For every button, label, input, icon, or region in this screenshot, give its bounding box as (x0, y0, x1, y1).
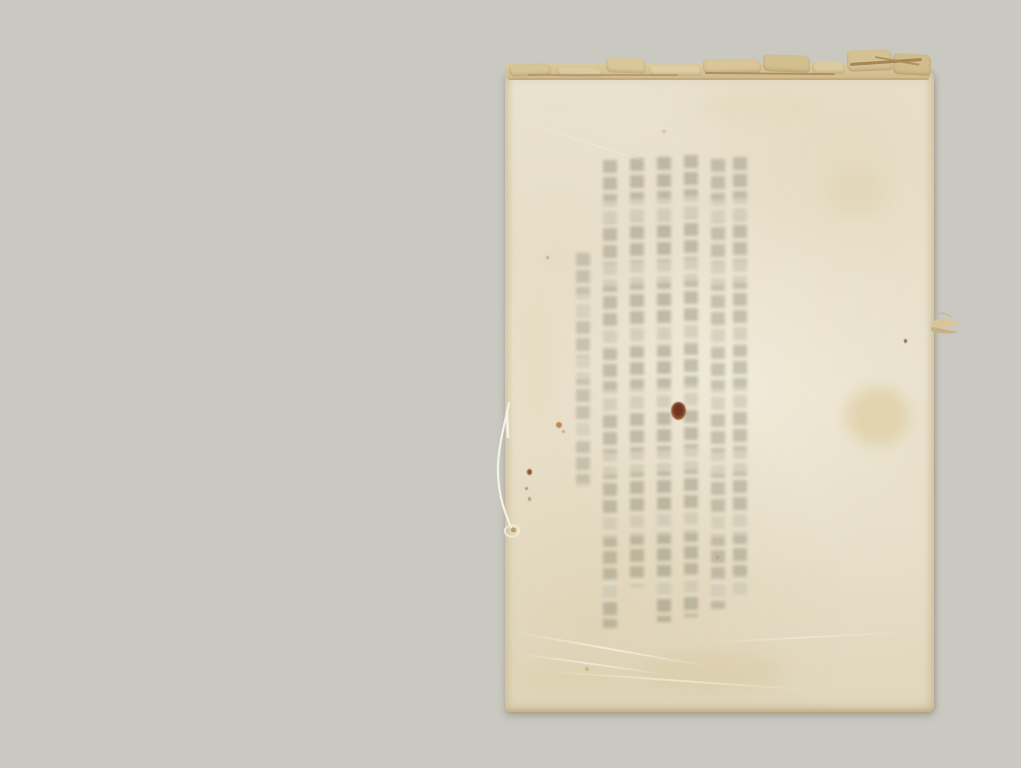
foxing-speck (556, 422, 562, 428)
thread-fragment (931, 319, 960, 328)
foxing-speck (527, 469, 532, 475)
stain-blotch (846, 386, 910, 446)
stain-blotch (516, 295, 558, 420)
thread-fragment-shadow (931, 327, 958, 334)
foxing-speck (716, 556, 719, 559)
bleed-text-column (711, 159, 725, 609)
bleed-text-column (576, 253, 590, 491)
bleed-text-column (733, 157, 747, 597)
bleed-text-column (603, 160, 617, 628)
fray-fragment (763, 54, 811, 73)
foxing-speck (662, 130, 666, 133)
bleed-text-column (657, 157, 671, 622)
bleed-text-column (684, 155, 698, 617)
foxing-speck (562, 430, 565, 433)
foxing-speck (525, 487, 528, 490)
photo-stage (0, 0, 1021, 768)
foxing-speck (585, 667, 589, 671)
bleed-text-column (630, 158, 644, 588)
foxing-speck (904, 339, 907, 343)
stain-blotch (828, 168, 886, 214)
fray-fragment (606, 57, 646, 73)
thread-fragment-fiber (933, 313, 951, 317)
foxing-speck (546, 256, 549, 259)
fray-streak (509, 78, 929, 80)
ink-spot (671, 402, 686, 420)
fray-streak (528, 74, 678, 76)
foxing-speck (528, 497, 531, 501)
stain-blotch (700, 92, 820, 122)
